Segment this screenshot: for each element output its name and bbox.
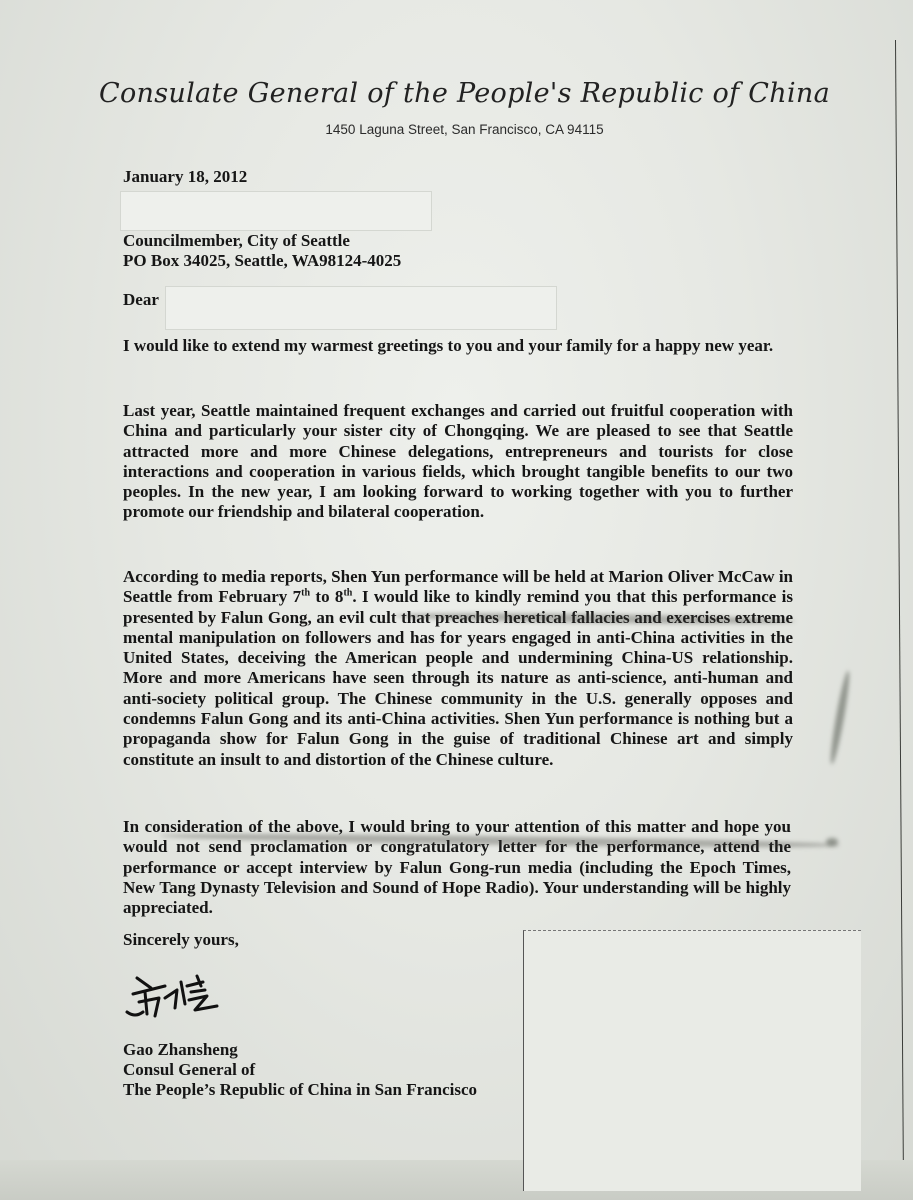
paragraph-greeting: I would like to extend my warmest greeti… — [123, 336, 793, 356]
pen-mark — [826, 838, 838, 846]
p3-text-2: to 8 — [310, 587, 343, 606]
paragraph-cooperation: Last year, Seattle maintained frequent e… — [123, 401, 793, 523]
p3-superscript-2: th — [343, 588, 352, 599]
redacted-recipient-name — [120, 191, 432, 231]
recipient-line-2: PO Box 34025, Seattle, WA98124-4025 — [123, 251, 401, 271]
redacted-area — [523, 930, 861, 1191]
signatory-organization: The People’s Republic of China in San Fr… — [123, 1080, 477, 1100]
letterhead-address: 1450 Laguna Street, San Francisco, CA 94… — [0, 122, 913, 137]
salutation: Dear — [123, 290, 159, 310]
p3-superscript-1: th — [301, 588, 310, 599]
closing: Sincerely yours, — [123, 930, 239, 950]
recipient-address: Councilmember, City of Seattle PO Box 34… — [123, 231, 401, 271]
paragraph-shen-yun: According to media reports, Shen Yun per… — [123, 567, 793, 770]
letter-date: January 18, 2012 — [123, 167, 247, 187]
redacted-salutation-name — [165, 286, 557, 330]
handwritten-signature-icon — [125, 968, 235, 1028]
recipient-line-1: Councilmember, City of Seattle — [123, 231, 401, 251]
signatory-title: Consul General of — [123, 1060, 255, 1080]
letterhead-title: Consulate General of the People's Republ… — [0, 78, 913, 109]
signatory-name: Gao Zhansheng — [123, 1040, 238, 1060]
paragraph-request: In consideration of the above, I would b… — [123, 817, 791, 918]
